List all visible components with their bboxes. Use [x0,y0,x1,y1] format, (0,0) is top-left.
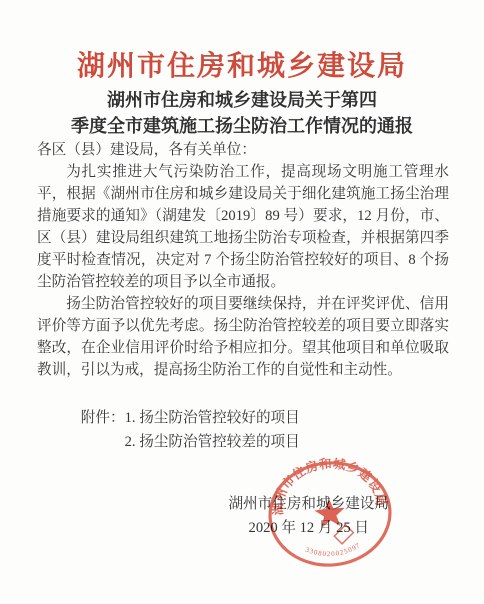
attachment-item-1: 1. 扬尘防治管控较好的项目 [125,407,300,429]
official-seal: 湖州市住房和城乡建设局 3308020025097 [254,438,406,590]
document-body: 各区（县）建设局，各有关单位： 为扎实推进大气污染防治工作，提高现场文明施工管理… [37,139,449,455]
seal-inner-rect [334,525,353,544]
document-title-line2: 季度全市建筑施工扬尘防治工作情况的通报 [0,113,484,139]
seal-code: 3308020025097 [304,541,363,561]
paragraph-2: 扬尘防治管控较好的项目要继续保持，并在评奖评优、信用评价等方面予以优先考虑。扬尘… [37,293,449,381]
salutation: 各区（县）建设局，各有关单位： [37,139,449,161]
document-sheet: 湖州市住房和城乡建设局 湖州市住房和城乡建设局关于第四 季度全市建筑施工扬尘防治… [0,0,484,604]
document-title-line1: 湖州市住房和城乡建设局关于第四 [0,87,484,113]
document-title: 湖州市住房和城乡建设局关于第四 季度全市建筑施工扬尘防治工作情况的通报 [0,87,484,139]
star-icon [313,497,346,528]
agency-header: 湖州市住房和城乡建设局 [0,44,484,84]
attachments-label: 附件： [81,407,125,455]
paragraph-1: 为扎实推进大气污染防治工作，提高现场文明施工管理水平，根据《湖州市住房和城乡建设… [37,161,449,293]
